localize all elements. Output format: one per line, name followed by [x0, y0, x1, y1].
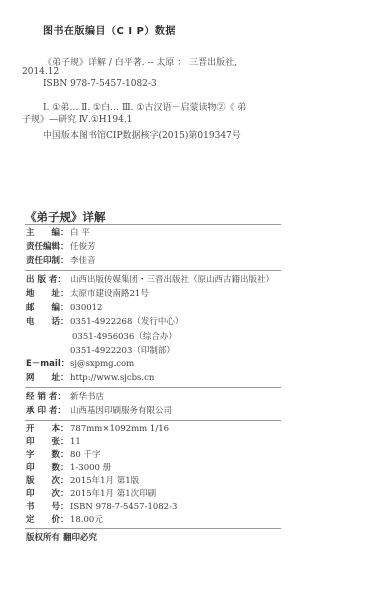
- divider: [25, 528, 281, 529]
- spec-row: 印 数：1-3000 册: [26, 462, 111, 474]
- book-title: 《弟子规》详解: [25, 209, 106, 225]
- credit-row: 主 编：白 平: [26, 227, 90, 239]
- spec-row: 版 次：2015年1月 第1版: [26, 475, 139, 487]
- divider: [25, 224, 281, 225]
- spec-row: 印 张：11: [26, 436, 81, 448]
- web-row: E－mail：sj@sxpmg.com: [26, 358, 134, 370]
- copyright-notice: 版权所有 翻印必究: [26, 531, 97, 543]
- spec-row: 印 次：2015年1月 第1次印刷: [26, 488, 156, 500]
- credit-row: 责任印制：李佳音: [26, 255, 96, 267]
- cip-line-5: 子规》—研究 Ⅳ.①H194.1: [22, 112, 132, 125]
- cip-heading: 图书在版编目（C I P）数据: [43, 22, 176, 37]
- divider: [25, 420, 281, 421]
- phone-extra: 0351-4956036（综合办）: [72, 330, 177, 342]
- divider: [25, 270, 281, 271]
- cip-line-2: 2014.12: [22, 67, 59, 77]
- publisher-row: 出 版 者：山西出版传媒集团・三晋出版社（原山西古籍出版社）: [26, 274, 274, 286]
- credit-row: 责任编辑：任俊芳: [26, 241, 96, 253]
- cip-line-3: ISBN 978-7-5457-1082-3: [43, 79, 157, 89]
- spec-row: 书 号：ISBN 978-7-5457-1082-3: [26, 501, 177, 513]
- distribution-row: 经 销 者：新华书店: [26, 391, 104, 403]
- web-row: 网 址：http://www.sjcbs.cn: [26, 372, 154, 384]
- publisher-row: 邮 编：030012: [26, 302, 102, 314]
- publisher-row: 电 话：0351-4922268（发行中心）: [26, 316, 183, 328]
- spec-row: 定 价：18.00元: [26, 514, 103, 526]
- divider: [25, 387, 281, 388]
- spec-row: 开 本：787mm×1092mm 1/16: [26, 423, 169, 435]
- cip-line-1: 《弟子规》详解 / 白平著. -- 太原 ： 三晋出版社,: [43, 55, 237, 68]
- cip-line-6: 中国版本图书馆CIP数据核字(2015)第019347号: [43, 128, 241, 141]
- publisher-row: 地 址：太原市建设南路21号: [26, 288, 149, 300]
- phone-extra: 0351-4922203（印制部）: [70, 344, 175, 356]
- distribution-row: 承 印 者：山西基因印刷服务有限公司: [26, 405, 172, 417]
- spec-row: 字 数：80 千字: [26, 449, 101, 461]
